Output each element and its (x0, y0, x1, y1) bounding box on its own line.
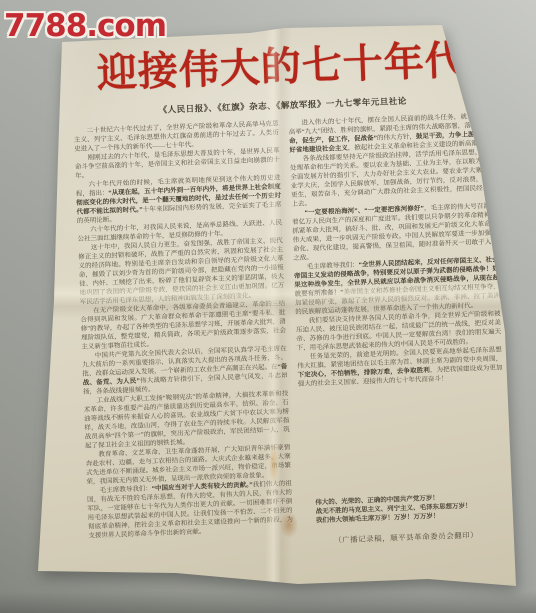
closing-slogans: 伟大的、光荣的、正确的中国共产党万岁！战无不胜的马克思主义、列宁主义、毛泽东思想… (302, 491, 508, 525)
attribution-line: （广播记录稿，顺平县革命委员会翻印） (304, 529, 509, 552)
editorial-paragraph: 中国共产党第九次全国代表大会以后，全国军民认真学习毛主席在九大前后的一系列重要指… (82, 344, 289, 396)
editorial-paragraph: “一定要根治海河”、“一定要把淮河修好”，毛主席的伟大号召激励着亿万人民向生产的… (292, 201, 499, 262)
newspaper-sheet: 迎接伟大的七十年代 《人民日报》、《红旗》杂志、《解放军报》一九七零年元旦社论 … (0, 0, 536, 613)
left-column: 二十世纪六十年代过去了，全世界无产阶级和革命人民高举马克思主义、列宁主义、毛泽东… (73, 119, 294, 559)
poster-content: 迎接伟大的七十年代 《人民日报》、《红旗》杂志、《解放军报》一九七零年元旦社论 … (70, 19, 509, 560)
editorial-paragraph: 各条战线都要坚持无产阶级政治挂帅，活学活用毛泽东思想，正确处理革命和生产的关系。… (290, 148, 497, 209)
right-column-paragraphs: 进入伟大的七十年代，摆在全国人民面前的战斗任务，就是要继续高举“九大”团结、胜利… (288, 112, 503, 389)
paper-stain (280, 512, 298, 538)
editorial-paragraph: 在无产阶级文化大革命中，各级革命委员会普遍建立，革命的三结合得到巩固和发展。广大… (80, 299, 287, 351)
editorial-paragraph: 毛主席教导我们：“中国应当对于人类有较大的贡献。”我们伟大的祖国，有战无不胜的毛… (87, 479, 294, 540)
paper-shadow: 迎接伟大的七十年代 《人民日报》、《红旗》杂志、《解放军报》一九七零年元旦社论 … (0, 0, 536, 613)
editorial-paragraph: 任务是光荣的，前途是光明的。全国人民要更高地举起毛泽东思想伟大红旗，紧密地团结在… (297, 345, 503, 388)
photo-background: 迎接伟大的七十年代 《人民日报》、《红旗》杂志、《解放军报》一九七零年元旦社论 … (0, 0, 536, 613)
paper-stain-small (269, 444, 278, 484)
editorial-paragraph: 这十年中，我国人民自力更生，奋发图强，战胜了帝国主义、现代修正主义的封锁和破坏，… (78, 236, 285, 306)
editorial-body: 二十世纪六十年代过去了，全世界无产阶级和革命人民高举马克思主义、列宁主义、毛泽东… (73, 112, 509, 560)
editorial-paragraph: 工业战线广大职工发扬“鞍钢宪法”的革命精神，大搞技术革新和技术革命，许多重要产品… (83, 389, 290, 450)
watermark-7788: 7788.com (4, 8, 166, 44)
column-footer: 伟大的、光荣的、正确的中国共产党万岁！战无不胜的马克思主义、列宁主义、毛泽东思想… (302, 491, 509, 551)
editorial-paragraph: 毛主席教导我们：“全世界人民团结起来，反对任何帝国主义、社会帝国主义发动的侵略战… (294, 255, 501, 316)
poster-title: 迎接伟大的七十年代 (71, 37, 492, 98)
editorial-paragraph: 六十年代开始的时候，毛主席就英明地预见到这个伟大的历史进程，指出：“从现在起，五… (75, 173, 282, 225)
right-column: 进入伟大的七十年代，摆在全国人民面前的战斗任务，就是要继续高举“九大”团结、胜利… (288, 112, 509, 552)
